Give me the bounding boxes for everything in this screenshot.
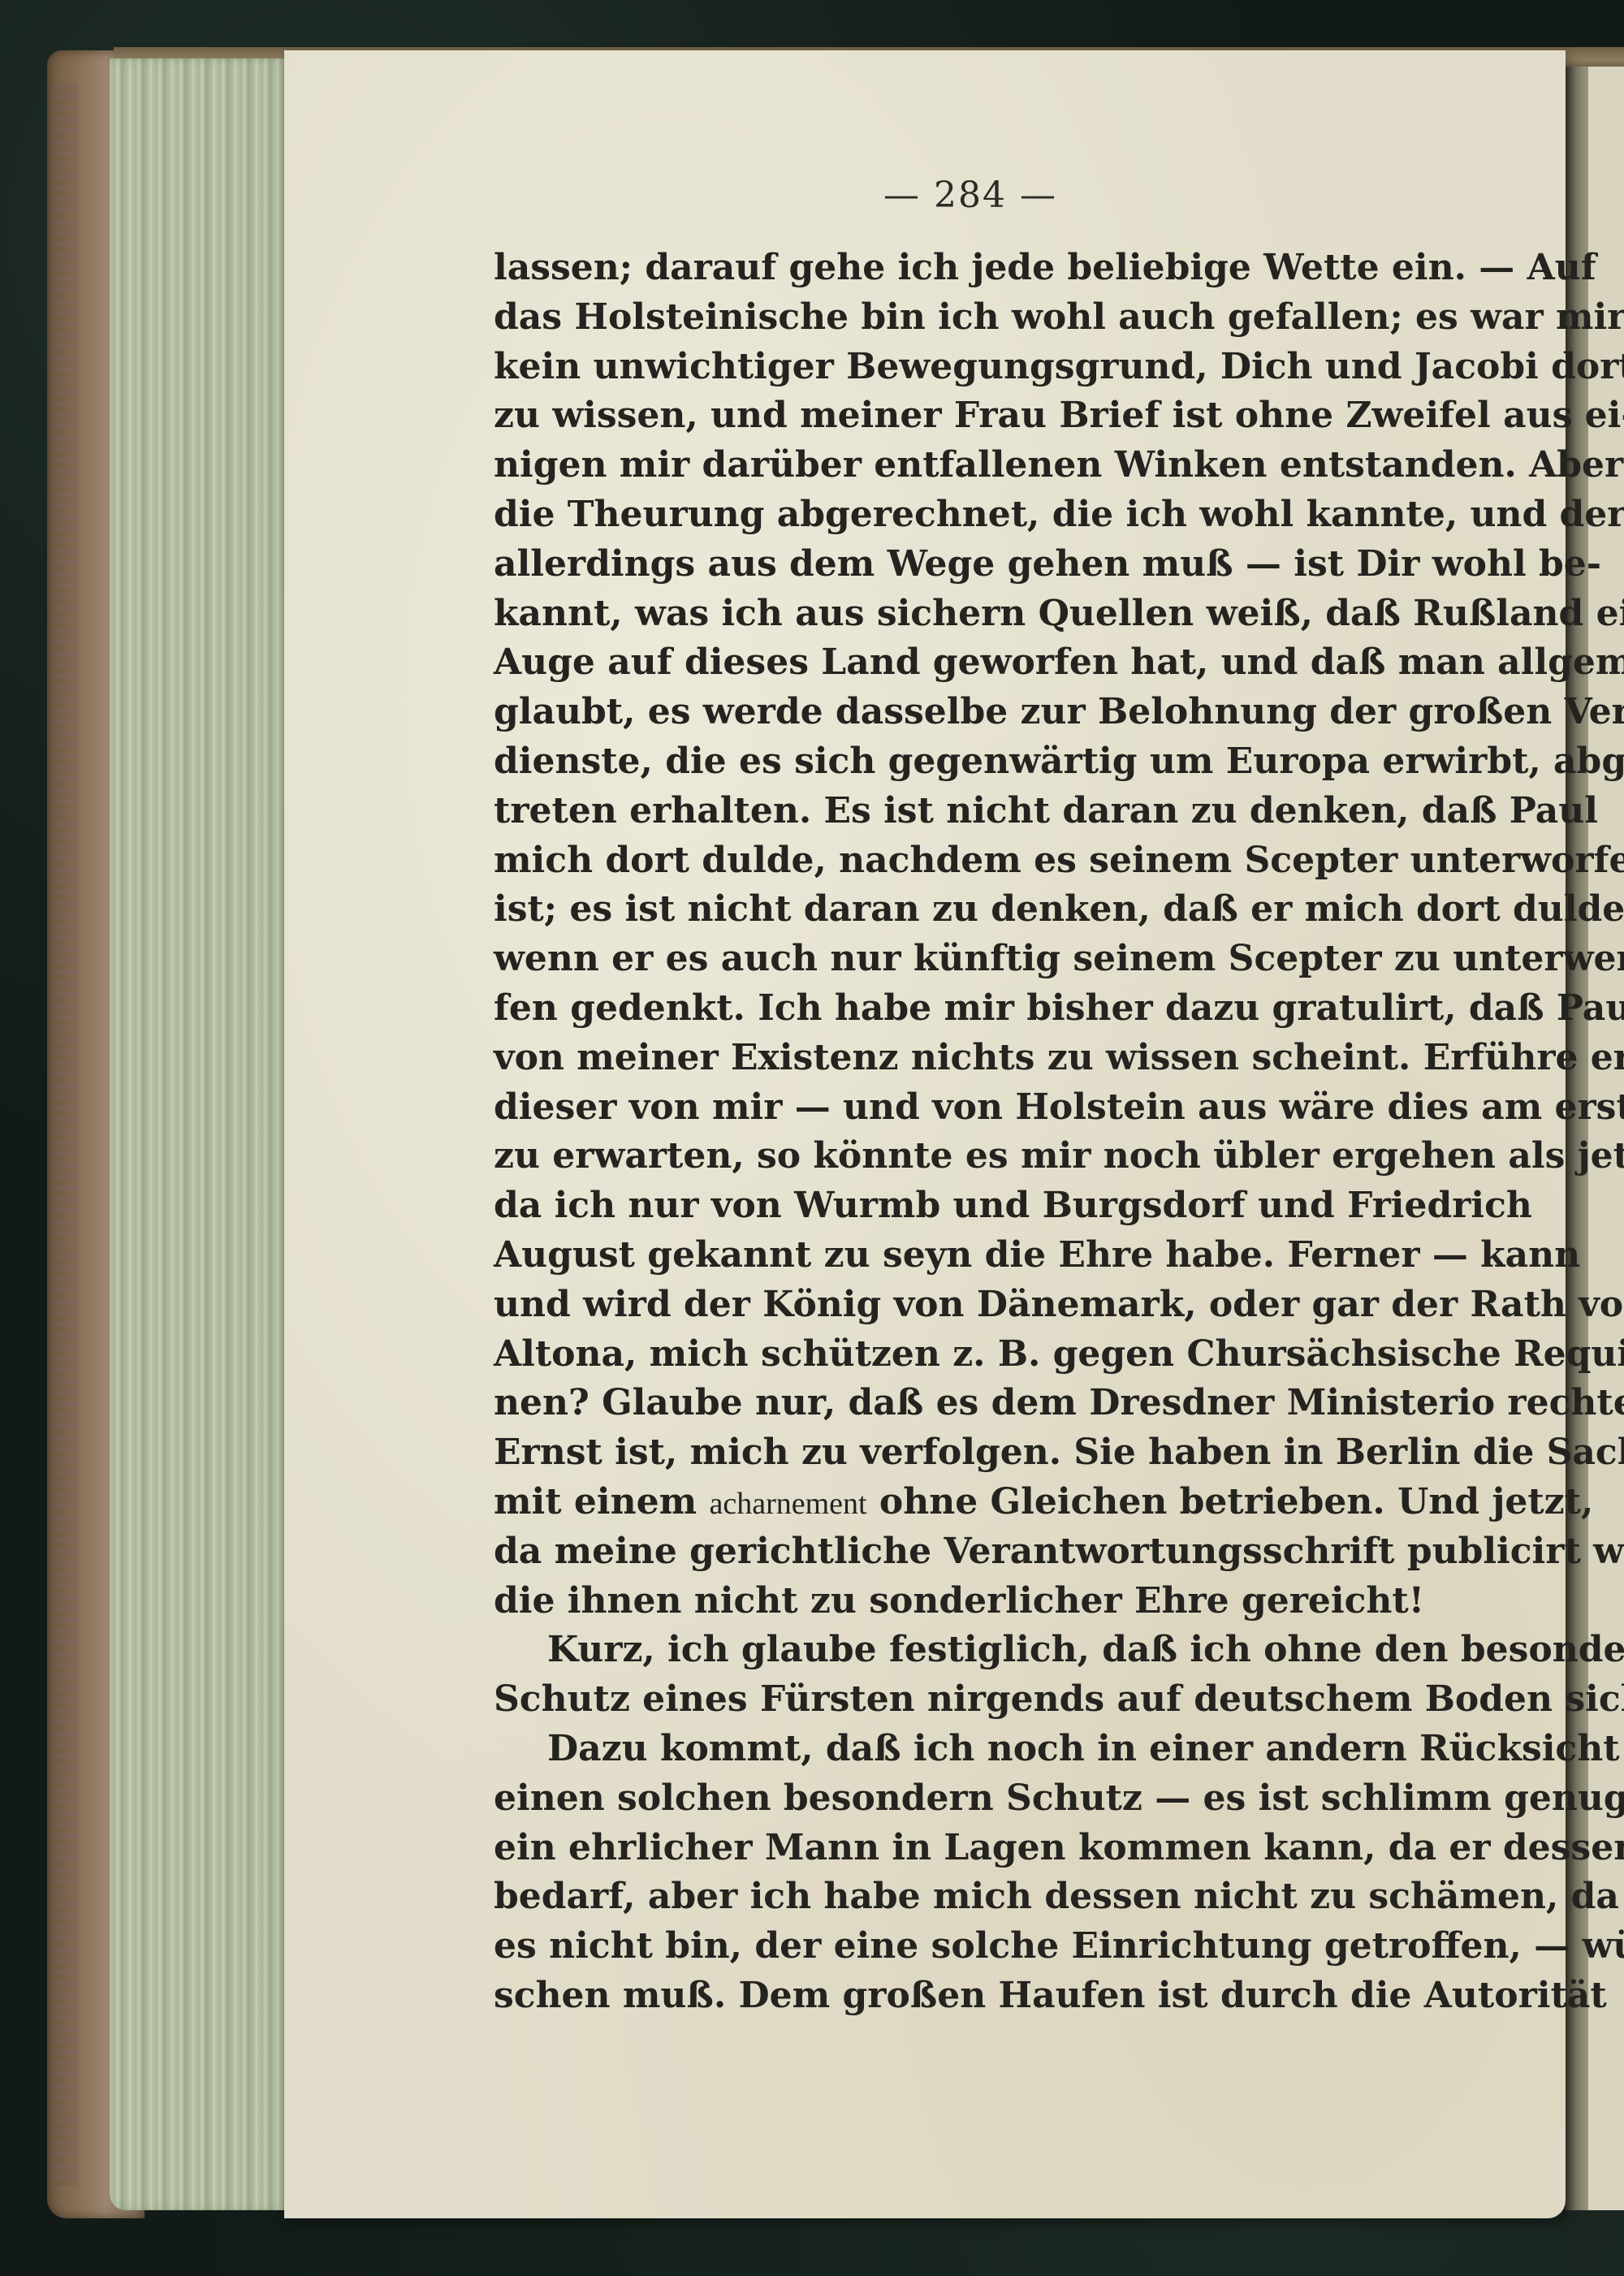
text-line: einen solchen besondern Schutz — es ist … bbox=[494, 1774, 1484, 1824]
foreign-word: acharnement bbox=[709, 1487, 866, 1521]
text-line: von meiner Existenz nichts zu wissen sch… bbox=[494, 1034, 1484, 1083]
paragraph-start-line: Kurz, ich glaube festiglich, daß ich ohn… bbox=[494, 1626, 1484, 1675]
body-text: lassen; darauf gehe ich jede beliebige W… bbox=[494, 244, 1484, 2021]
text-line: treten erhalten. Es ist nicht daran zu d… bbox=[494, 787, 1484, 836]
text-line: kannt, was ich aus sichern Quellen weiß,… bbox=[494, 590, 1484, 639]
text-fragment: ohne Gleichen betrieben. Und jetzt, bbox=[867, 1481, 1594, 1522]
text-line: fen gedenkt. Ich habe mir bisher dazu gr… bbox=[494, 984, 1484, 1034]
page-edge-stack bbox=[110, 58, 288, 2210]
text-line: das Holsteinische bin ich wohl auch gefa… bbox=[494, 293, 1484, 343]
page-number: — 284 — bbox=[883, 175, 1057, 216]
text-line: allerdings aus dem Wege gehen muß — ist … bbox=[494, 540, 1484, 590]
text-line: Schutz eines Fürsten nirgends auf deutsc… bbox=[494, 1675, 1484, 1725]
text-line: Altona, mich schützen z. B. gegen Chursä… bbox=[494, 1330, 1484, 1380]
text-line: und wird der König von Dänemark, oder ga… bbox=[494, 1281, 1484, 1330]
text-line: zu erwarten, so könnte es mir noch übler… bbox=[494, 1132, 1484, 1181]
paragraph-end-line: die ihnen nicht zu sonderlicher Ehre ger… bbox=[494, 1577, 1484, 1626]
text-line: es nicht bin, der eine solche Einrichtun… bbox=[494, 1922, 1484, 1972]
text-line: Auge auf dieses Land geworfen hat, und d… bbox=[494, 638, 1484, 688]
text-line: nen? Glaube nur, daß es dem Dresdner Min… bbox=[494, 1379, 1484, 1428]
text-line: schen muß. Dem großen Haufen ist durch d… bbox=[494, 1972, 1484, 2021]
text-line: ist; es ist nicht daran zu denken, daß e… bbox=[494, 885, 1484, 935]
text-line: kein unwichtiger Bewegungsgrund, Dich un… bbox=[494, 343, 1484, 392]
text-line: da meine gerichtliche Verantwortungsschr… bbox=[494, 1527, 1484, 1577]
text-line: die Theurung abgerechnet, die ich wohl k… bbox=[494, 490, 1484, 540]
text-line: August gekannt zu seyn die Ehre habe. Fe… bbox=[494, 1231, 1484, 1281]
text-line: mich dort dulde, nachdem es seinem Scept… bbox=[494, 836, 1484, 886]
text-line-mixed: mit einem acharnement ohne Gleichen betr… bbox=[494, 1478, 1484, 1527]
text-line: glaubt, es werde dasselbe zur Belohnung … bbox=[494, 688, 1484, 737]
text-line: ein ehrlicher Mann in Lagen kommen kann,… bbox=[494, 1824, 1484, 1873]
paragraph-start-line: Dazu kommt, daß ich noch in einer andern… bbox=[494, 1725, 1484, 1774]
text-line: wenn er es auch nur künftig seinem Scept… bbox=[494, 935, 1484, 984]
text-line: lassen; darauf gehe ich jede beliebige W… bbox=[494, 244, 1484, 293]
text-line: zu wissen, und meiner Frau Brief ist ohn… bbox=[494, 391, 1484, 441]
text-line: dienste, die es sich gegenwärtig um Euro… bbox=[494, 737, 1484, 787]
text-fragment: mit einem bbox=[494, 1481, 709, 1522]
text-line: da ich nur von Wurmb und Burgsdorf und F… bbox=[494, 1181, 1484, 1231]
text-line: bedarf, aber ich habe mich dessen nicht … bbox=[494, 1872, 1484, 1922]
text-line: dieser von mir — und von Holstein aus wä… bbox=[494, 1083, 1484, 1133]
text-line: nigen mir darüber entfallenen Winken ent… bbox=[494, 441, 1484, 490]
text-line: Ernst ist, mich zu verfolgen. Sie haben … bbox=[494, 1428, 1484, 1478]
